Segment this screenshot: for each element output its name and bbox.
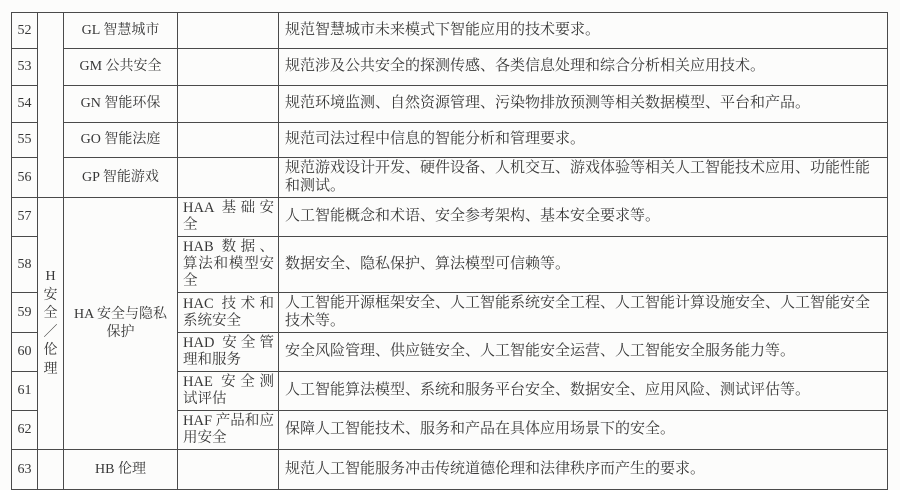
description-cell: 规范环境监测、自然资源管理、污染物排放预测等相关数据模型、平台和产品。 bbox=[279, 86, 888, 123]
row-number-cell: 58 bbox=[12, 237, 38, 293]
subcategory-cell: HAA 基础安全 bbox=[178, 198, 279, 237]
description-cell: 规范智慧城市未来模式下智能应用的技术要求。 bbox=[279, 13, 888, 49]
subcategory-cell-empty bbox=[178, 158, 279, 198]
description-cell: 人工智能算法模型、系统和服务平台安全、数据安全、应用风险、测试评估等。 bbox=[279, 372, 888, 411]
row-number-cell: 63 bbox=[12, 450, 38, 490]
category-cell: GN 智能环保 bbox=[64, 86, 178, 123]
table-row: 57 H安全／伦理 HA 安全与隐私保护 HAA 基础安全 人工智能概念和术语、… bbox=[12, 198, 888, 237]
subcategory-cell: HAC 技术和系统安全 bbox=[178, 293, 279, 333]
subcategory-cell-empty bbox=[178, 450, 279, 490]
description-cell: 规范司法过程中信息的智能分析和管理要求。 bbox=[279, 123, 888, 158]
row-number-cell: 54 bbox=[12, 86, 38, 123]
category-cell: GP 智能游戏 bbox=[64, 158, 178, 198]
description-cell: 人工智能概念和术语、安全参考架构、基本安全要求等。 bbox=[279, 198, 888, 237]
category-cell-merged: HA 安全与隐私保护 bbox=[64, 198, 178, 450]
subcategory-cell: HAE 安全测试评估 bbox=[178, 372, 279, 411]
row-number-cell: 57 bbox=[12, 198, 38, 237]
subcategory-cell-empty bbox=[178, 13, 279, 49]
subcategory-cell: HAB 数据、算法和模型安全 bbox=[178, 237, 279, 293]
description-cell: 规范涉及公共安全的探测传感、各类信息处理和综合分析相关应用技术。 bbox=[279, 49, 888, 86]
table-row: 56 GP 智能游戏 规范游戏设计开发、硬件设备、人机交互、游戏体验等相关人工智… bbox=[12, 158, 888, 198]
row-number-cell: 61 bbox=[12, 372, 38, 411]
subcategory-cell-empty bbox=[178, 86, 279, 123]
standards-classification-table: 52 GL 智慧城市 规范智慧城市未来模式下智能应用的技术要求。 53 GM 公… bbox=[11, 12, 888, 490]
category-cell: GL 智慧城市 bbox=[64, 13, 178, 49]
table-row: 55 GO 智能法庭 规范司法过程中信息的智能分析和管理要求。 bbox=[12, 123, 888, 158]
category-cell: GO 智能法庭 bbox=[64, 123, 178, 158]
description-cell: 人工智能开源框架安全、人工智能系统安全工程、人工智能计算设施安全、人工智能安全技… bbox=[279, 293, 888, 333]
description-cell: 规范人工智能服务冲击传统道德伦理和法律秩序而产生的要求。 bbox=[279, 450, 888, 490]
description-cell: 保障人工智能技术、服务和产品在具体应用场景下的安全。 bbox=[279, 411, 888, 450]
group-letter-cell: H安全／伦理 bbox=[38, 198, 64, 450]
subcategory-cell: HAD 安全管理和服务 bbox=[178, 333, 279, 372]
row-number-cell: 56 bbox=[12, 158, 38, 198]
table-row: 63 HB 伦理 规范人工智能服务冲击传统道德伦理和法律秩序而产生的要求。 bbox=[12, 450, 888, 490]
row-number-cell: 62 bbox=[12, 411, 38, 450]
subcategory-cell: HAF 产品和应用安全 bbox=[178, 411, 279, 450]
category-cell: GM 公共安全 bbox=[64, 49, 178, 86]
row-number-cell: 53 bbox=[12, 49, 38, 86]
group-letter-vertical-label: H安全／伦理 bbox=[43, 268, 58, 379]
subcategory-cell-empty bbox=[178, 49, 279, 86]
category-cell: HB 伦理 bbox=[64, 450, 178, 490]
row-number-cell: 59 bbox=[12, 293, 38, 333]
subcategory-cell-empty bbox=[178, 123, 279, 158]
group-letter-cell-empty bbox=[38, 13, 64, 198]
table-row: 53 GM 公共安全 规范涉及公共安全的探测传感、各类信息处理和综合分析相关应用… bbox=[12, 49, 888, 86]
table-row: 52 GL 智慧城市 规范智慧城市未来模式下智能应用的技术要求。 bbox=[12, 13, 888, 49]
row-number-cell: 55 bbox=[12, 123, 38, 158]
description-cell: 数据安全、隐私保护、算法模型可信赖等。 bbox=[279, 237, 888, 293]
row-number-cell: 52 bbox=[12, 13, 38, 49]
group-letter-cell-empty bbox=[38, 450, 64, 490]
scanned-document-page: 52 GL 智慧城市 规范智慧城市未来模式下智能应用的技术要求。 53 GM 公… bbox=[0, 0, 900, 490]
description-cell: 安全风险管理、供应链安全、人工智能安全运营、人工智能安全服务能力等。 bbox=[279, 333, 888, 372]
row-number-cell: 60 bbox=[12, 333, 38, 372]
description-cell: 规范游戏设计开发、硬件设备、人机交互、游戏体验等相关人工智能技术应用、功能性能和… bbox=[279, 158, 888, 198]
table-row: 54 GN 智能环保 规范环境监测、自然资源管理、污染物排放预测等相关数据模型、… bbox=[12, 86, 888, 123]
